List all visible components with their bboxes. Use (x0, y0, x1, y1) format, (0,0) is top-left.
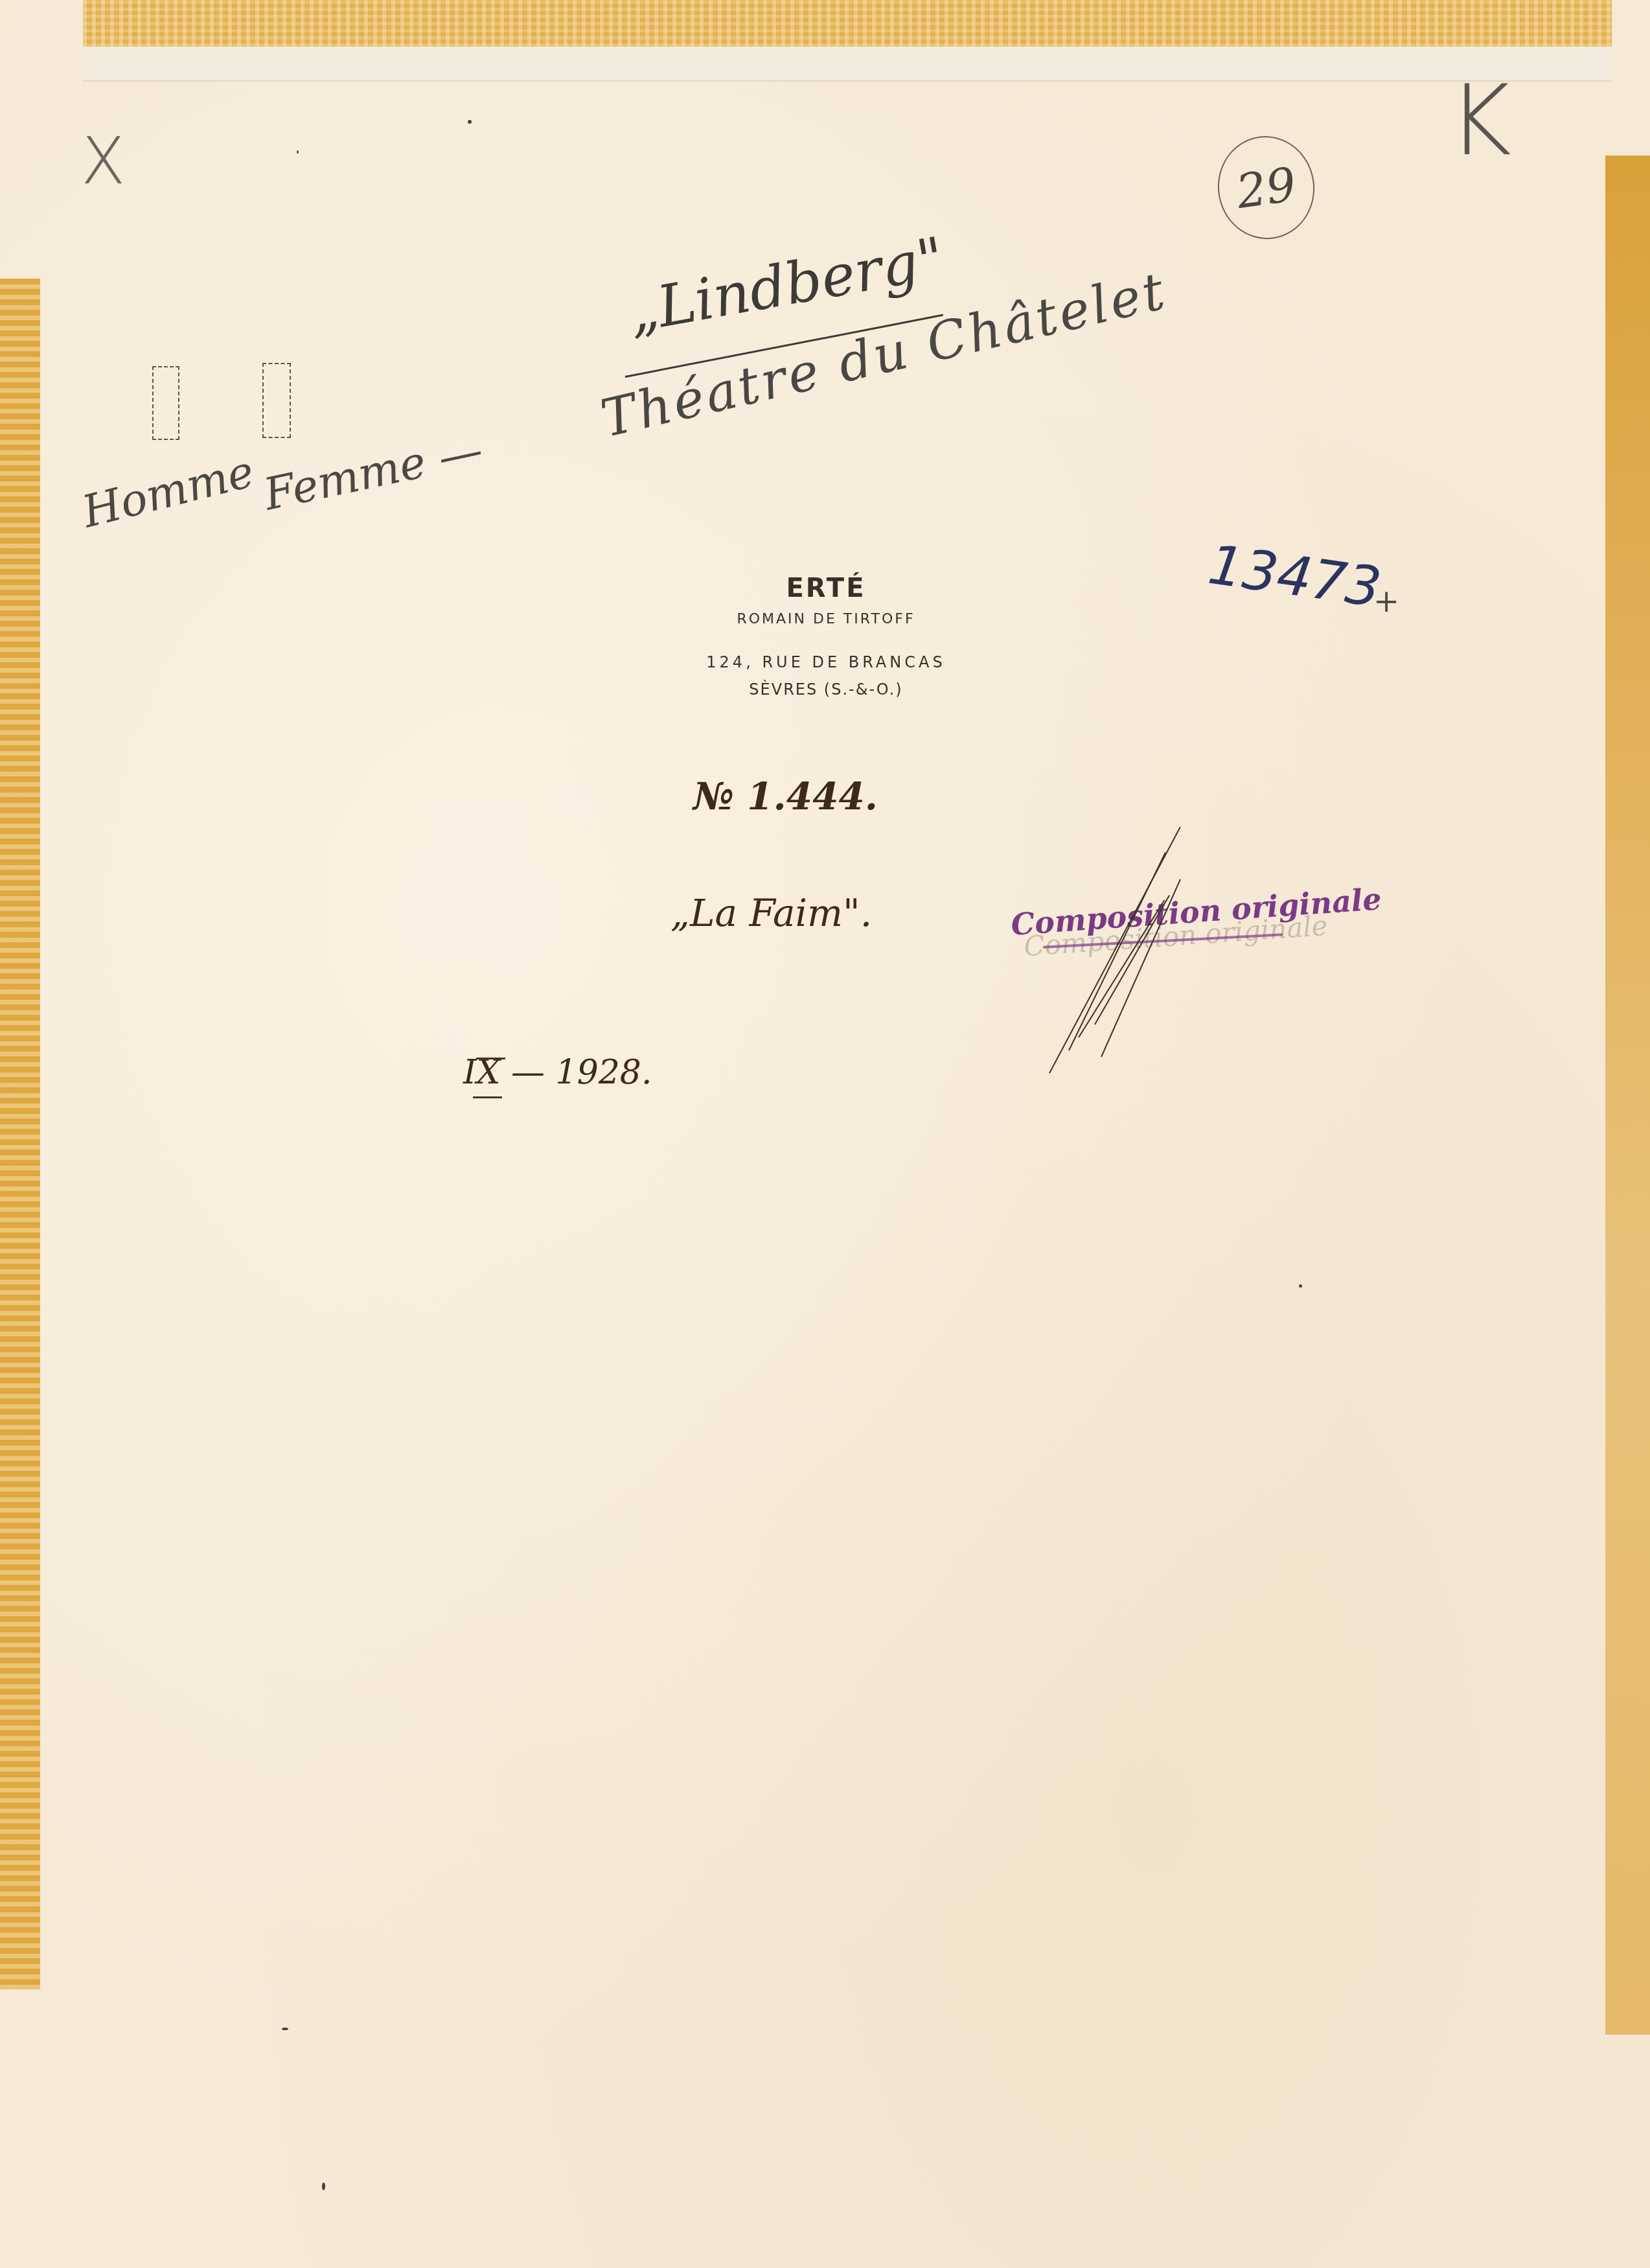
letterhead-address-1: 124, RUE DE BRANCAS (648, 653, 1004, 671)
inventory-mark: + (1373, 583, 1399, 619)
letterhead-name: ERTÉ (648, 573, 1004, 603)
corner-mark-x: X (81, 123, 126, 199)
paper-speck (297, 150, 299, 154)
letterhead-subtitle: ROMAIN DE TIRTOFF (648, 611, 1004, 627)
work-title: „La Faim". (670, 891, 872, 935)
date-underline (473, 1096, 502, 1098)
paper-speck (1299, 1284, 1302, 1288)
tape-residue-strip (83, 47, 1612, 82)
tape-left (0, 279, 40, 1989)
paper-speck (322, 2182, 325, 2190)
paper-speck (468, 120, 472, 124)
tape-top (83, 0, 1612, 47)
catalogue-number: № 1.444. (693, 774, 878, 818)
figure-sketch-femme (262, 363, 291, 438)
tape-right (1605, 156, 1650, 2035)
paper-speck (282, 2028, 288, 2030)
corner-mark-k: K (1448, 65, 1511, 178)
circled-number-text: 29 (1233, 157, 1299, 219)
figure-sketch-homme (152, 366, 179, 440)
date-overline (476, 1058, 505, 1059)
letterhead-address-2: SÈVRES (S.-&-O.) (648, 680, 1004, 699)
letterhead-stamp: ERTÉ ROMAIN DE TIRTOFF 124, RUE DE BRANC… (648, 573, 1004, 699)
